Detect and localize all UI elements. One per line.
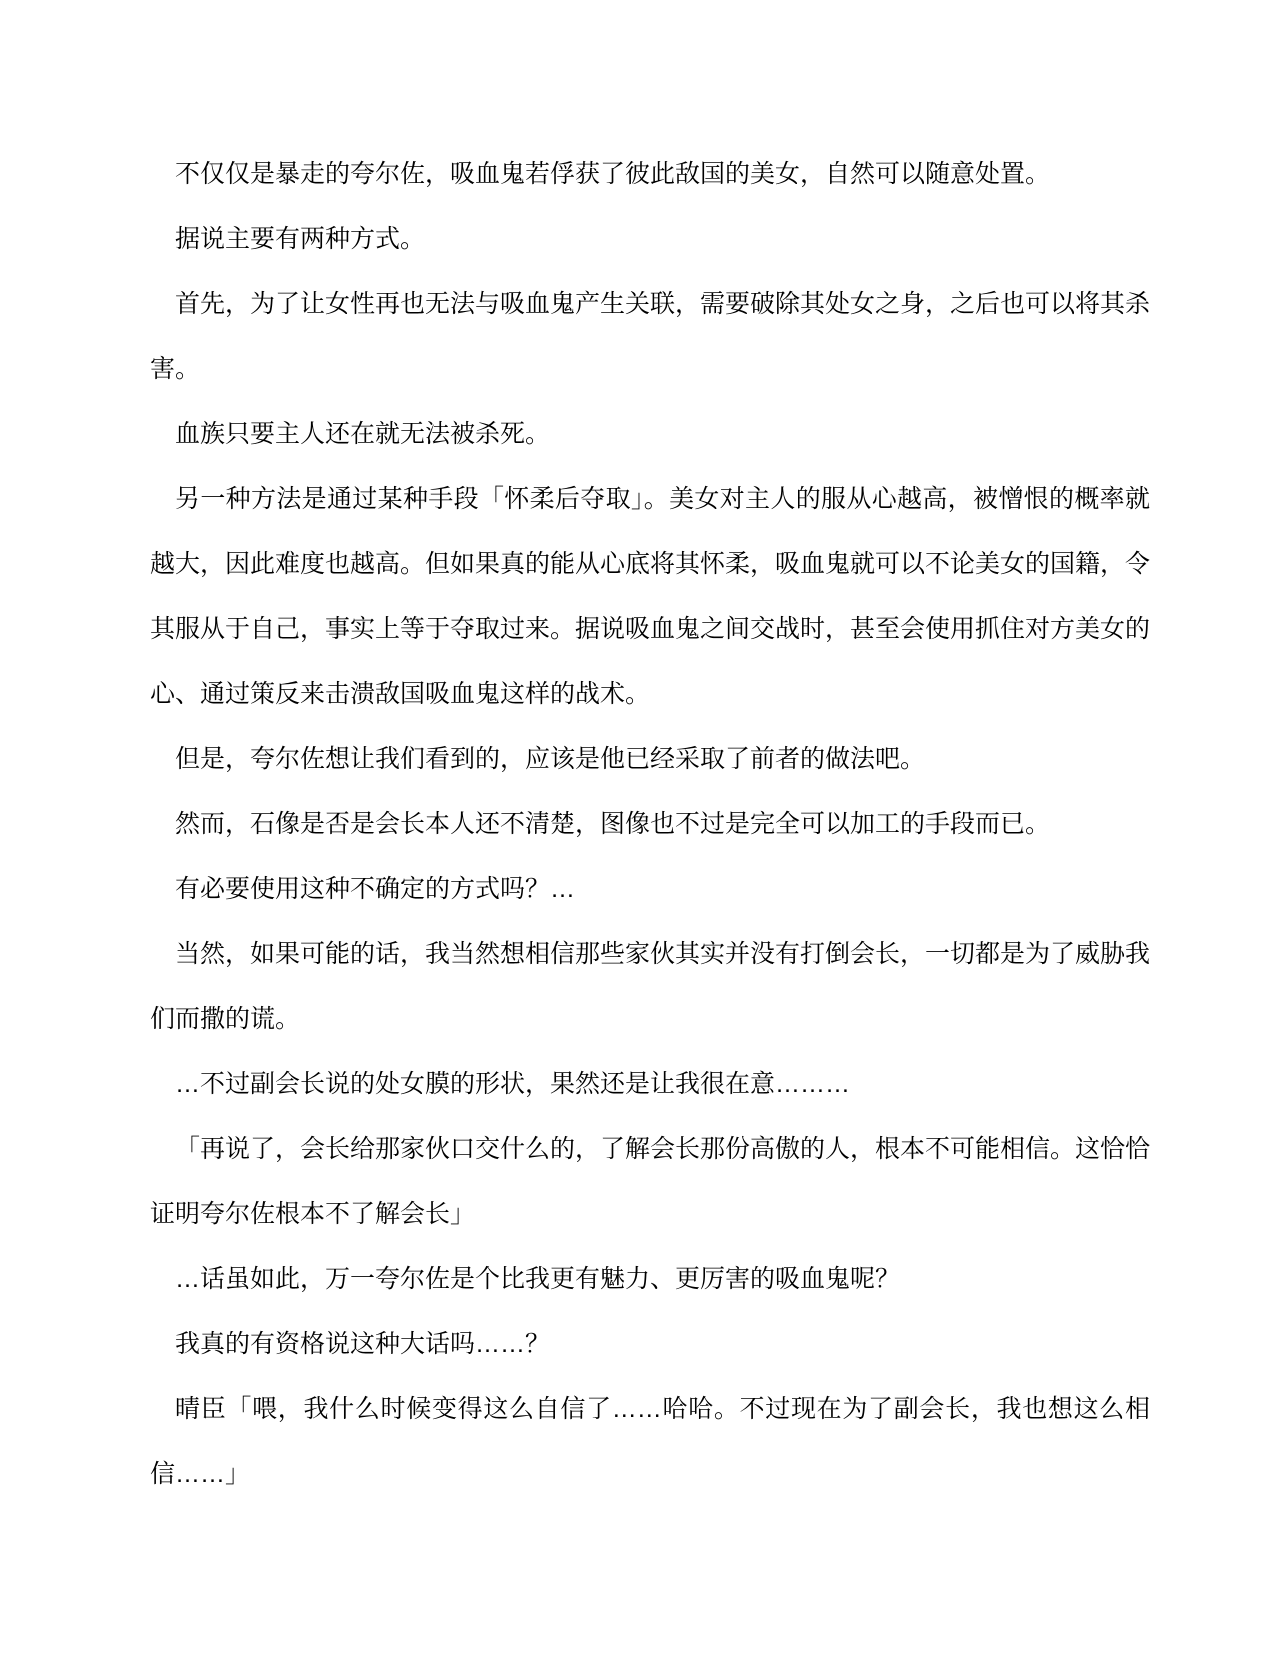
paragraph: 首先，为了让女性再也无法与吸血鬼产生关联，需要破除其处女之身，之后也可以将其杀害… [150, 272, 1150, 402]
paragraph: 「再说了，会长给那家伙口交什么的，了解会长那份高傲的人，根本不可能相信。这恰恰证… [150, 1117, 1150, 1247]
paragraph: …不过副会长说的处女膜的形状，果然还是让我很在意……… [150, 1052, 1150, 1117]
document-page: 不仅仅是暴走的夸尔佐，吸血鬼若俘获了彼此敌国的美女，自然可以随意处置。 据说主要… [0, 0, 1280, 1656]
paragraph: 晴臣「喂，我什么时候变得这么自信了……哈哈。不过现在为了副会长，我也想这么相信…… [150, 1377, 1150, 1507]
paragraph: 另一种方法是通过某种手段「怀柔后夺取」。美女对主人的服从心越高，被憎恨的概率就越… [150, 467, 1150, 727]
paragraph: 据说主要有两种方式。 [150, 207, 1150, 272]
paragraph: 但是，夸尔佐想让我们看到的，应该是他已经采取了前者的做法吧。 [150, 727, 1150, 792]
paragraph: …话虽如此，万一夸尔佐是个比我更有魅力、更厉害的吸血鬼呢？ [150, 1247, 1150, 1312]
paragraph: 我真的有资格说这种大话吗……？ [150, 1312, 1150, 1377]
paragraph: 有必要使用这种不确定的方式吗？… [150, 857, 1150, 922]
paragraph: 血族只要主人还在就无法被杀死。 [150, 402, 1150, 467]
paragraph: 不仅仅是暴走的夸尔佐，吸血鬼若俘获了彼此敌国的美女，自然可以随意处置。 [150, 142, 1150, 207]
paragraph: 然而，石像是否是会长本人还不清楚，图像也不过是完全可以加工的手段而已。 [150, 792, 1150, 857]
paragraph: 当然，如果可能的话，我当然想相信那些家伙其实并没有打倒会长，一切都是为了威胁我们… [150, 922, 1150, 1052]
